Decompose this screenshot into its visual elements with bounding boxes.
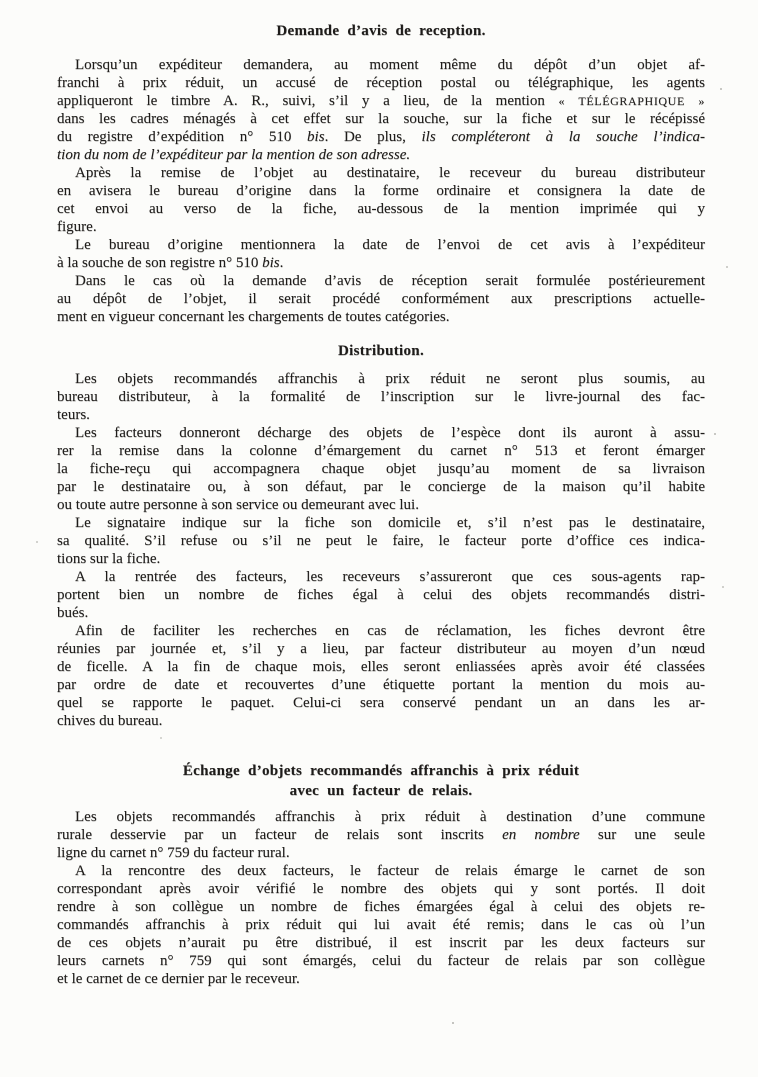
text-segment: correspondant après avoir vérifié le nom…	[57, 881, 705, 897]
text-line: par ordre de date et recouvertes d’une é…	[57, 676, 705, 694]
text-segment: réunies par journée et, s’il y a lieu, p…	[57, 641, 705, 657]
text-segment: bués.	[57, 605, 88, 621]
text-line: réunies par journée et, s’il y a lieu, p…	[57, 640, 705, 658]
text-segment: ils compléteront à la souche l’indica-	[422, 129, 705, 145]
text-segment: du registre d’expédition n° 510	[57, 129, 307, 145]
text-segment: bis	[307, 129, 325, 145]
paragraph: Les objets recommandés affranchis à prix…	[57, 370, 705, 424]
text-segment: et le carnet de ce dernier par le receve…	[57, 971, 300, 987]
text-line: commandés affranchis à prix réduit qui l…	[57, 916, 705, 934]
section-heading: Distribution.	[57, 342, 705, 361]
text-line: correspondant après avoir vérifié le nom…	[57, 880, 705, 898]
paragraph: Le bureau d’origine mentionnera la date …	[57, 236, 705, 272]
text-segment: dans les cadres ménagés à cet effet sur …	[57, 111, 705, 127]
text-line: la fiche-reçu qui accompagnera chaque ob…	[57, 460, 705, 478]
section: Demande d’avis de reception.Lorsqu’un ex…	[57, 22, 705, 326]
text-line: figure.	[57, 218, 705, 236]
text-segment: Lorsqu’un expéditeur demandera, au momen…	[75, 57, 705, 73]
text-segment: leurs carnets n° 759 qui sont émargés, c…	[57, 953, 705, 969]
section-heading: Échange d’objets recommandés affranchis …	[57, 761, 705, 801]
section: Distribution.Les objets recommandés affr…	[57, 342, 705, 730]
text-line: bureau distributeur, à la formalité de l…	[57, 388, 705, 406]
text-segment: A la rencontre des deux facteurs, le fac…	[75, 863, 705, 879]
text-segment: tion du nom de l’expéditeur par la menti…	[57, 147, 410, 163]
text-line: Afin de faciliter les recherches en cas …	[57, 622, 705, 640]
text-segment: de ficelle. A la fin de chaque mois, ell…	[57, 659, 705, 675]
text-segment: rurale desservie par un facteur de relai…	[57, 827, 502, 843]
text-line: dans les cadres ménagés à cet effet sur …	[57, 110, 705, 128]
text-line: de ces objets n’aurait pu être distribué…	[57, 934, 705, 952]
paragraph: Après la remise de l’objet au destinatai…	[57, 164, 705, 236]
text-line: quel se rapporte le paquet. Celui-ci ser…	[57, 694, 705, 712]
paragraph: Afin de faciliter les recherches en cas …	[57, 622, 705, 730]
text-segment: A la rentrée des facteurs, les receveurs…	[75, 569, 705, 585]
text-line: tions sur la fiche.	[57, 550, 705, 568]
text-segment: par ordre de date et recouvertes d’une é…	[57, 677, 705, 693]
text-line: portent bien un nombre de fiches égal à …	[57, 586, 705, 604]
text-segment: teurs.	[57, 407, 90, 423]
text-segment: ligne du carnet n° 759 du facteur rural.	[57, 845, 290, 861]
text-line: leurs carnets n° 759 qui sont émargés, c…	[57, 952, 705, 970]
text-line: appliqueront le timbre A. R., suivi, s’i…	[57, 92, 705, 110]
text-segment: en avisera le bureau d’origine dans la f…	[57, 183, 705, 199]
text-line: chives du bureau.	[57, 712, 705, 730]
document-page: Demande d’avis de reception.Lorsqu’un ex…	[0, 0, 758, 1077]
text-segment: Les objets recommandés affranchis à prix…	[75, 809, 705, 825]
paragraph: Les objets recommandés affranchis à prix…	[57, 808, 705, 862]
text-segment: cet envoi au verso de la fiche, au-desso…	[57, 201, 705, 217]
heading-line: Demande d’avis de reception.	[57, 22, 705, 41]
text-line: en avisera le bureau d’origine dans la f…	[57, 182, 705, 200]
text-line: bués.	[57, 604, 705, 622]
text-segment: appliqueront le timbre A. R., suivi, s’i…	[57, 93, 559, 109]
text-segment: bureau distributeur, à la formalité de l…	[57, 389, 705, 405]
text-segment: « TÉLÉGRAPHIQUE »	[559, 94, 706, 108]
text-line: cet envoi au verso de la fiche, au-desso…	[57, 200, 705, 218]
text-segment: de ces objets n’aurait pu être distribué…	[57, 935, 705, 951]
paragraph: Le signataire indique sur la fiche son d…	[57, 514, 705, 568]
text-line: ou toute autre personne à son service ou…	[57, 496, 705, 514]
text-segment: Après la remise de l’objet au destinatai…	[75, 165, 705, 181]
text-segment: sur une seule	[580, 827, 705, 843]
paragraph: A la rencontre des deux facteurs, le fac…	[57, 862, 705, 988]
paragraph: A la rentrée des facteurs, les receveurs…	[57, 568, 705, 622]
text-line: et le carnet de ce dernier par le receve…	[57, 970, 705, 988]
text-segment: bis	[262, 255, 280, 271]
text-segment: Dans le cas où la demande d’avis de réce…	[75, 273, 705, 289]
scan-speckles	[0, 0, 2, 2]
text-line: sa qualité. S’il refuse ou s’il ne peut …	[57, 532, 705, 550]
text-line: Les objets recommandés affranchis à prix…	[57, 370, 705, 388]
text-segment: .	[280, 255, 284, 271]
text-line: au dépôt de l’objet, il serait procédé c…	[57, 290, 705, 308]
text-segment: ment en vigueur concernant les chargemen…	[57, 309, 450, 325]
text-line: de ficelle. A la fin de chaque mois, ell…	[57, 658, 705, 676]
text-line: A la rentrée des facteurs, les receveurs…	[57, 568, 705, 586]
section-heading: Demande d’avis de reception.	[57, 22, 705, 41]
text-segment: la fiche-reçu qui accompagnera chaque ob…	[57, 461, 705, 477]
text-segment: à la souche de son registre n° 510	[57, 255, 262, 271]
text-segment: commandés affranchis à prix réduit qui l…	[57, 917, 705, 933]
heading-line: Échange d’objets recommandés affranchis …	[57, 761, 705, 781]
paragraph: Les facteurs donneront décharge des obje…	[57, 424, 705, 514]
heading-line: Distribution.	[57, 342, 705, 361]
text-line: par le destinataire ou, à son défaut, pa…	[57, 478, 705, 496]
text-line: teurs.	[57, 406, 705, 424]
text-line: rer la remise dans la colonne d’émargeme…	[57, 442, 705, 460]
text-line: ligne du carnet n° 759 du facteur rural.	[57, 844, 705, 862]
text-segment: quel se rapporte le paquet. Celui-ci ser…	[57, 695, 705, 711]
text-segment: . De plus,	[325, 129, 422, 145]
text-segment: figure.	[57, 219, 97, 235]
text-line: Après la remise de l’objet au destinatai…	[57, 164, 705, 182]
text-line: Lorsqu’un expéditeur demandera, au momen…	[57, 56, 705, 74]
heading-line: avec un facteur de relais.	[57, 781, 705, 801]
text-segment: chives du bureau.	[57, 713, 162, 729]
paragraph: Dans le cas où la demande d’avis de réce…	[57, 272, 705, 326]
text-segment: en nombre	[502, 827, 580, 843]
paragraph: Lorsqu’un expéditeur demandera, au momen…	[57, 56, 705, 164]
text-line: Le bureau d’origine mentionnera la date …	[57, 236, 705, 254]
text-line: ment en vigueur concernant les chargemen…	[57, 308, 705, 326]
text-line: rurale desservie par un facteur de relai…	[57, 826, 705, 844]
text-line: à la souche de son registre n° 510 bis.	[57, 254, 705, 272]
text-segment: rer la remise dans la colonne d’émargeme…	[57, 443, 705, 459]
text-segment: Afin de faciliter les recherches en cas …	[75, 623, 705, 639]
text-line: Les objets recommandés affranchis à prix…	[57, 808, 705, 826]
text-segment: Les facteurs donneront décharge des obje…	[75, 425, 705, 441]
text-segment: rendre à son collègue un nombre de fiche…	[57, 899, 705, 915]
text-line: Le signataire indique sur la fiche son d…	[57, 514, 705, 532]
text-line: tion du nom de l’expéditeur par la menti…	[57, 146, 705, 164]
text-segment: sa qualité. S’il refuse ou s’il ne peut …	[57, 533, 705, 549]
text-line: Les facteurs donneront décharge des obje…	[57, 424, 705, 442]
text-line: franchi à prix réduit, un accusé de réce…	[57, 74, 705, 92]
text-segment: Le signataire indique sur la fiche son d…	[75, 515, 705, 531]
text-segment: portent bien un nombre de fiches égal à …	[57, 587, 705, 603]
document-body: Demande d’avis de reception.Lorsqu’un ex…	[57, 0, 705, 988]
text-line: du registre d’expédition n° 510 bis. De …	[57, 128, 705, 146]
text-line: Dans le cas où la demande d’avis de réce…	[57, 272, 705, 290]
section: Échange d’objets recommandés affranchis …	[57, 761, 705, 988]
text-segment: ou toute autre personne à son service ou…	[57, 497, 419, 513]
text-segment: par le destinataire ou, à son défaut, pa…	[57, 479, 705, 495]
text-line: rendre à son collègue un nombre de fiche…	[57, 898, 705, 916]
text-segment: franchi à prix réduit, un accusé de réce…	[57, 75, 705, 91]
text-segment: Le bureau d’origine mentionnera la date …	[75, 237, 705, 253]
text-segment: Les objets recommandés affranchis à prix…	[75, 371, 705, 387]
text-segment: au dépôt de l’objet, il serait procédé c…	[57, 291, 705, 307]
text-segment: tions sur la fiche.	[57, 551, 160, 567]
text-line: A la rencontre des deux facteurs, le fac…	[57, 862, 705, 880]
